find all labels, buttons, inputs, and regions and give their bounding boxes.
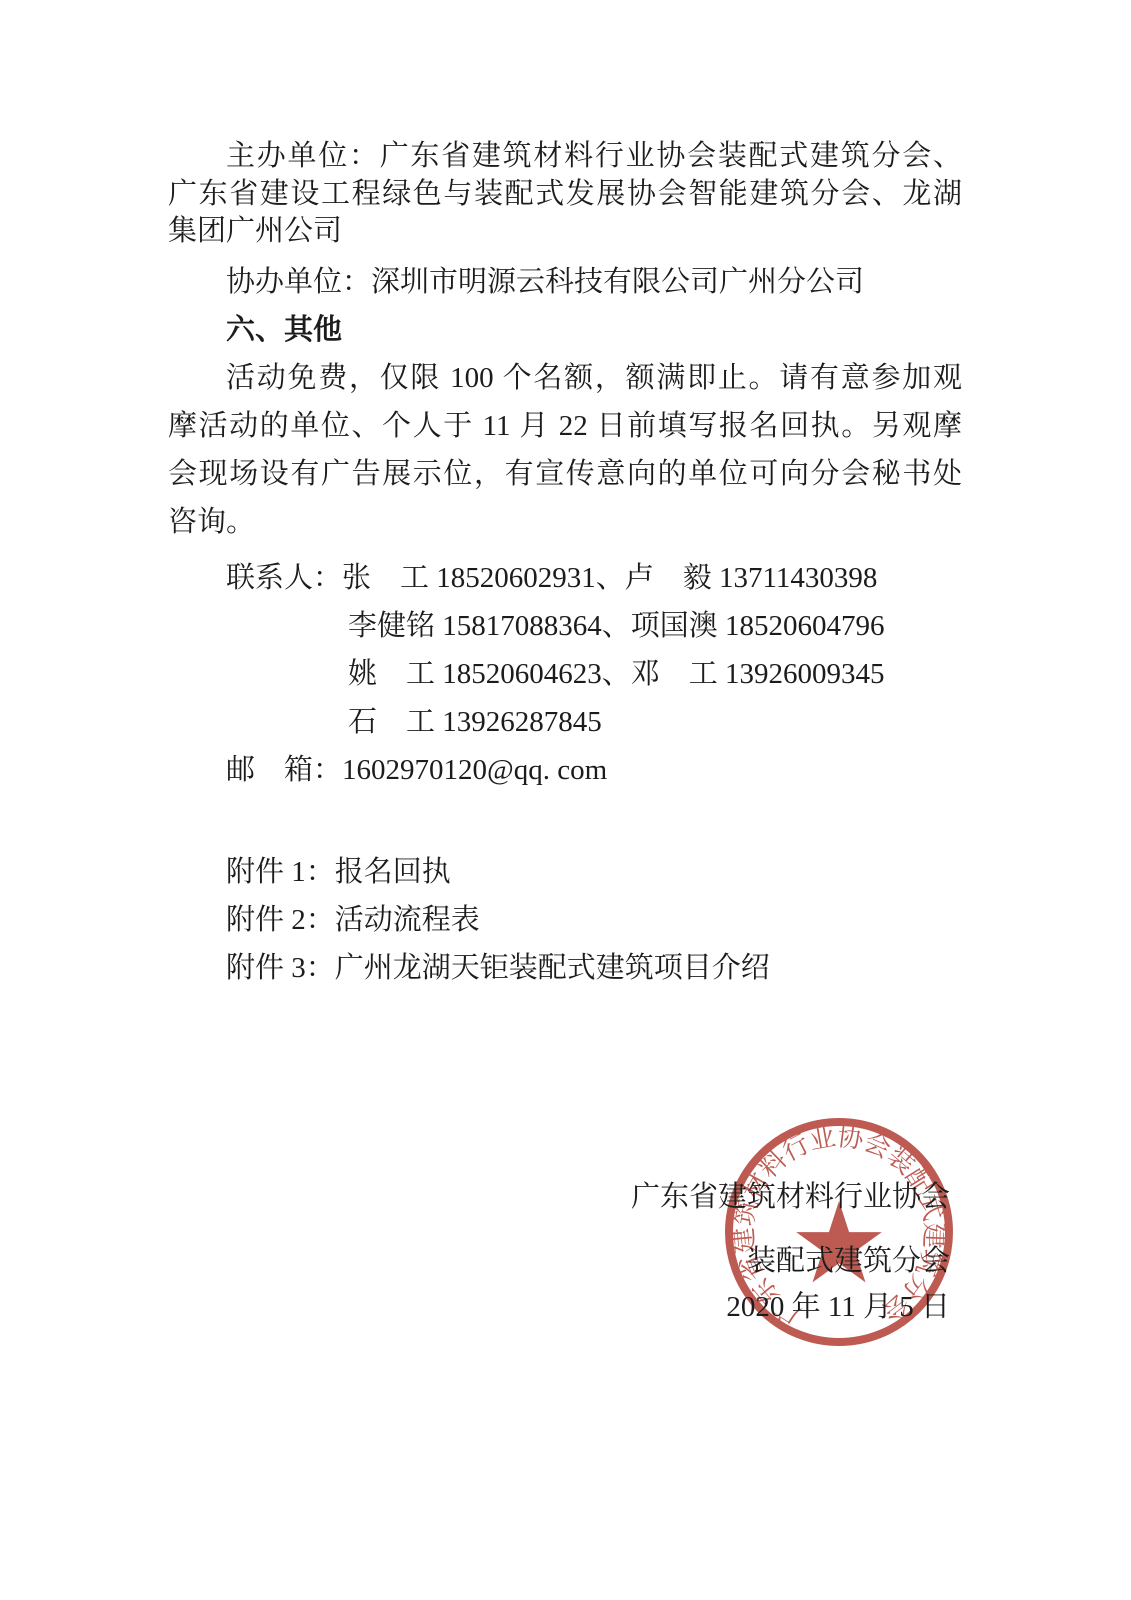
signature-org-line1: 广东省建筑材料行业协会	[168, 1177, 950, 1217]
body-line: 附件 2：活动流程表	[168, 896, 962, 944]
body-line: 石 工 13926287845	[168, 698, 962, 746]
body-line: 咨询。	[168, 498, 962, 546]
body-line: 六、其他	[168, 306, 962, 354]
document-body: 主办单位：广东省建筑材料行业协会装配式建筑分会、广东省建设工程绿色与装配式发展协…	[168, 138, 962, 992]
body-line: 附件 3：广州龙湖天钜装配式建筑项目介绍	[168, 944, 962, 992]
signature-block: 广东省建筑材料行业协会 装配式建筑分会 2020 年 11 月 5 日	[168, 1177, 950, 1327]
signature-date: 2020 年 11 月 5 日	[168, 1287, 950, 1327]
body-line: 邮 箱：1602970120@qq. com	[168, 746, 962, 794]
document-page: 广东省建筑材料行业协会装配式建筑分会 主办单位：广东省建筑材料行业协会装配式建筑…	[0, 0, 1131, 1600]
body-line: 广东省建设工程绿色与装配式发展协会智能建筑分会、龙湖	[168, 176, 962, 214]
body-line: 姚 工 18520604623、邓 工 13926009345	[168, 650, 962, 698]
body-line: 李健铭 15817088364、项国澳 18520604796	[168, 602, 962, 650]
body-line: 联系人：张 工 18520602931、卢 毅 13711430398	[168, 554, 962, 602]
body-line: 会现场设有广告展示位，有宣传意向的单位可向分会秘书处	[168, 450, 962, 498]
signature-org-line2: 装配式建筑分会	[168, 1241, 950, 1281]
body-line: 协办单位：深圳市明源云科技有限公司广州分公司	[168, 258, 962, 306]
body-line: 集团广州公司	[168, 213, 962, 251]
body-line: 主办单位：广东省建筑材料行业协会装配式建筑分会、	[168, 138, 962, 176]
body-line: 附件 1：报名回执	[168, 848, 962, 896]
body-line: 摩活动的单位、个人于 11 月 22 日前填写报名回执。另观摩	[168, 402, 962, 450]
body-line: 活动免费，仅限 100 个名额，额满即止。请有意参加观	[168, 354, 962, 402]
